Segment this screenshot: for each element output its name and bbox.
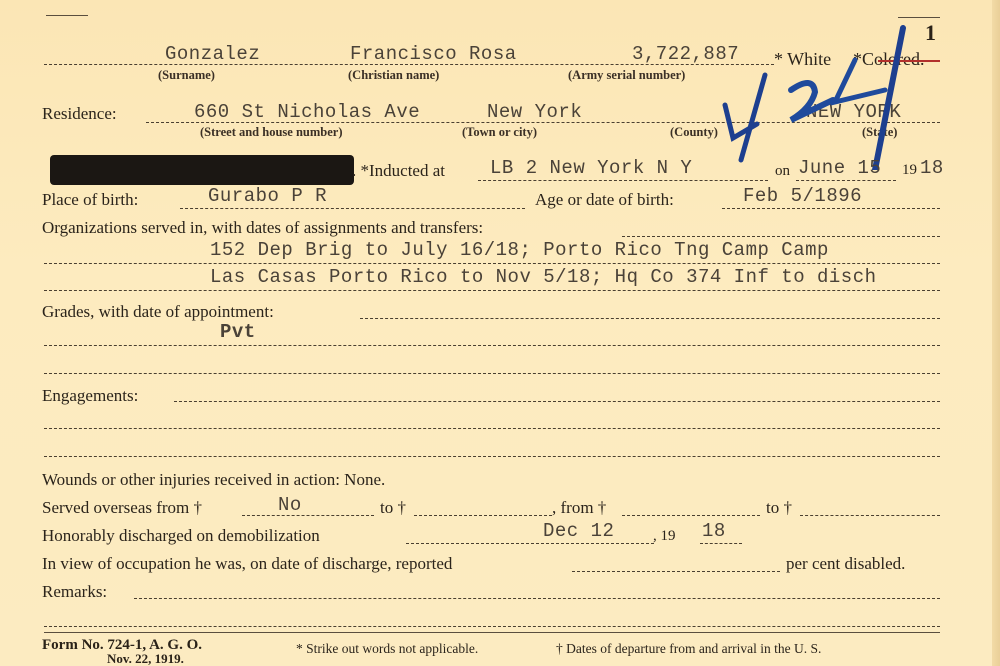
inducted-date-value: June 15 bbox=[798, 157, 881, 179]
street-caption: (Street and house number) bbox=[200, 125, 342, 140]
inducted-year-prefix: 19 bbox=[902, 162, 917, 179]
birth-date-label: Age or date of birth: bbox=[535, 190, 674, 210]
grades-value: Pvt bbox=[220, 321, 256, 343]
redacted-block bbox=[50, 155, 354, 185]
overseas-from-value: No bbox=[278, 494, 302, 516]
grades-line-0 bbox=[360, 318, 940, 319]
remarks-line-1 bbox=[44, 626, 940, 627]
disability-suffix: per cent disabled. bbox=[786, 554, 905, 574]
discharge-date-value: Dec 12 bbox=[543, 520, 614, 542]
remarks-label: Remarks: bbox=[42, 582, 107, 602]
engagements-line-0 bbox=[174, 401, 940, 402]
handwritten-ink-mark bbox=[715, 20, 915, 170]
town-caption: (Town or city) bbox=[462, 125, 537, 140]
organizations-line-1 bbox=[44, 263, 940, 264]
discharge-date-line bbox=[406, 543, 654, 544]
birth-place-value: Gurabo P R bbox=[208, 185, 327, 207]
discharge-label: Honorably discharged on demobilization bbox=[42, 526, 320, 546]
footnote-dates: † Dates of departure from and arrival in… bbox=[556, 641, 821, 657]
footer-rule bbox=[44, 632, 940, 633]
birth-place-line bbox=[180, 208, 525, 209]
birth-date-line bbox=[722, 208, 940, 209]
top-right-rule bbox=[898, 17, 940, 18]
discharge-year-value: 18 bbox=[702, 520, 726, 542]
residence-town-value: New York bbox=[487, 101, 582, 123]
inducted-label: . *Inducted at bbox=[352, 161, 445, 181]
service-record-card: 1 Gonzalez Francisco Rosa 3,722,887 * Wh… bbox=[0, 0, 1000, 666]
christian-name-caption: (Christian name) bbox=[348, 68, 439, 83]
card-number: 1 bbox=[925, 20, 936, 46]
surname-value: Gonzalez bbox=[165, 43, 260, 65]
organizations-value-1: 152 Dep Brig to July 16/18; Porto Rico T… bbox=[210, 239, 829, 261]
residence-label: Residence: bbox=[42, 104, 117, 124]
overseas-to2-label: to † bbox=[766, 498, 792, 518]
inducted-place-value: LB 2 New York N Y bbox=[490, 157, 692, 179]
engagements-label: Engagements: bbox=[42, 386, 138, 406]
organizations-value-2: Las Casas Porto Rico to Nov 5/18; Hq Co … bbox=[210, 266, 877, 288]
wounds-label: Wounds or other injuries received in act… bbox=[42, 470, 385, 490]
organizations-line-0 bbox=[622, 236, 940, 237]
overseas-from2-label: , from † bbox=[552, 498, 606, 518]
serial-number-caption: (Army serial number) bbox=[568, 68, 685, 83]
organizations-label: Organizations served in, with dates of a… bbox=[42, 218, 483, 238]
disability-label: In view of occupation he was, on date of… bbox=[42, 554, 452, 574]
grades-label: Grades, with date of appointment: bbox=[42, 302, 274, 322]
discharge-year-prefix: , 19 bbox=[653, 528, 676, 545]
surname-caption: (Surname) bbox=[158, 68, 215, 83]
remarks-line-0 bbox=[134, 598, 940, 599]
overseas-to-label: to † bbox=[380, 498, 406, 518]
top-left-rule bbox=[46, 15, 88, 16]
overseas-from2-line bbox=[622, 515, 760, 516]
grades-line-2 bbox=[44, 373, 940, 374]
overseas-from-label: Served overseas from † bbox=[42, 498, 202, 518]
inducted-on-label: on bbox=[775, 163, 790, 180]
residence-street-value: 660 St Nicholas Ave bbox=[194, 101, 420, 123]
disability-line bbox=[572, 571, 780, 572]
christian-name-value: Francisco Rosa bbox=[350, 43, 517, 65]
inducted-date-line bbox=[796, 180, 896, 181]
engagements-line-2 bbox=[44, 456, 940, 457]
birth-place-label: Place of birth: bbox=[42, 190, 138, 210]
form-date: Nov. 22, 1919. bbox=[107, 651, 184, 666]
organizations-line-2 bbox=[44, 290, 940, 291]
inducted-line bbox=[478, 180, 768, 181]
card-edge bbox=[992, 0, 1000, 666]
inducted-year-value: 18 bbox=[920, 157, 944, 179]
county-caption: (County) bbox=[670, 125, 718, 140]
grades-line-1 bbox=[44, 345, 940, 346]
overseas-to-line bbox=[414, 515, 552, 516]
discharge-year-line bbox=[700, 543, 742, 544]
overseas-from-line bbox=[242, 515, 374, 516]
birth-date-value: Feb 5/1896 bbox=[743, 185, 862, 207]
footnote-strike: * Strike out words not applicable. bbox=[296, 641, 478, 657]
engagements-line-1 bbox=[44, 428, 940, 429]
overseas-to2-line bbox=[800, 515, 940, 516]
